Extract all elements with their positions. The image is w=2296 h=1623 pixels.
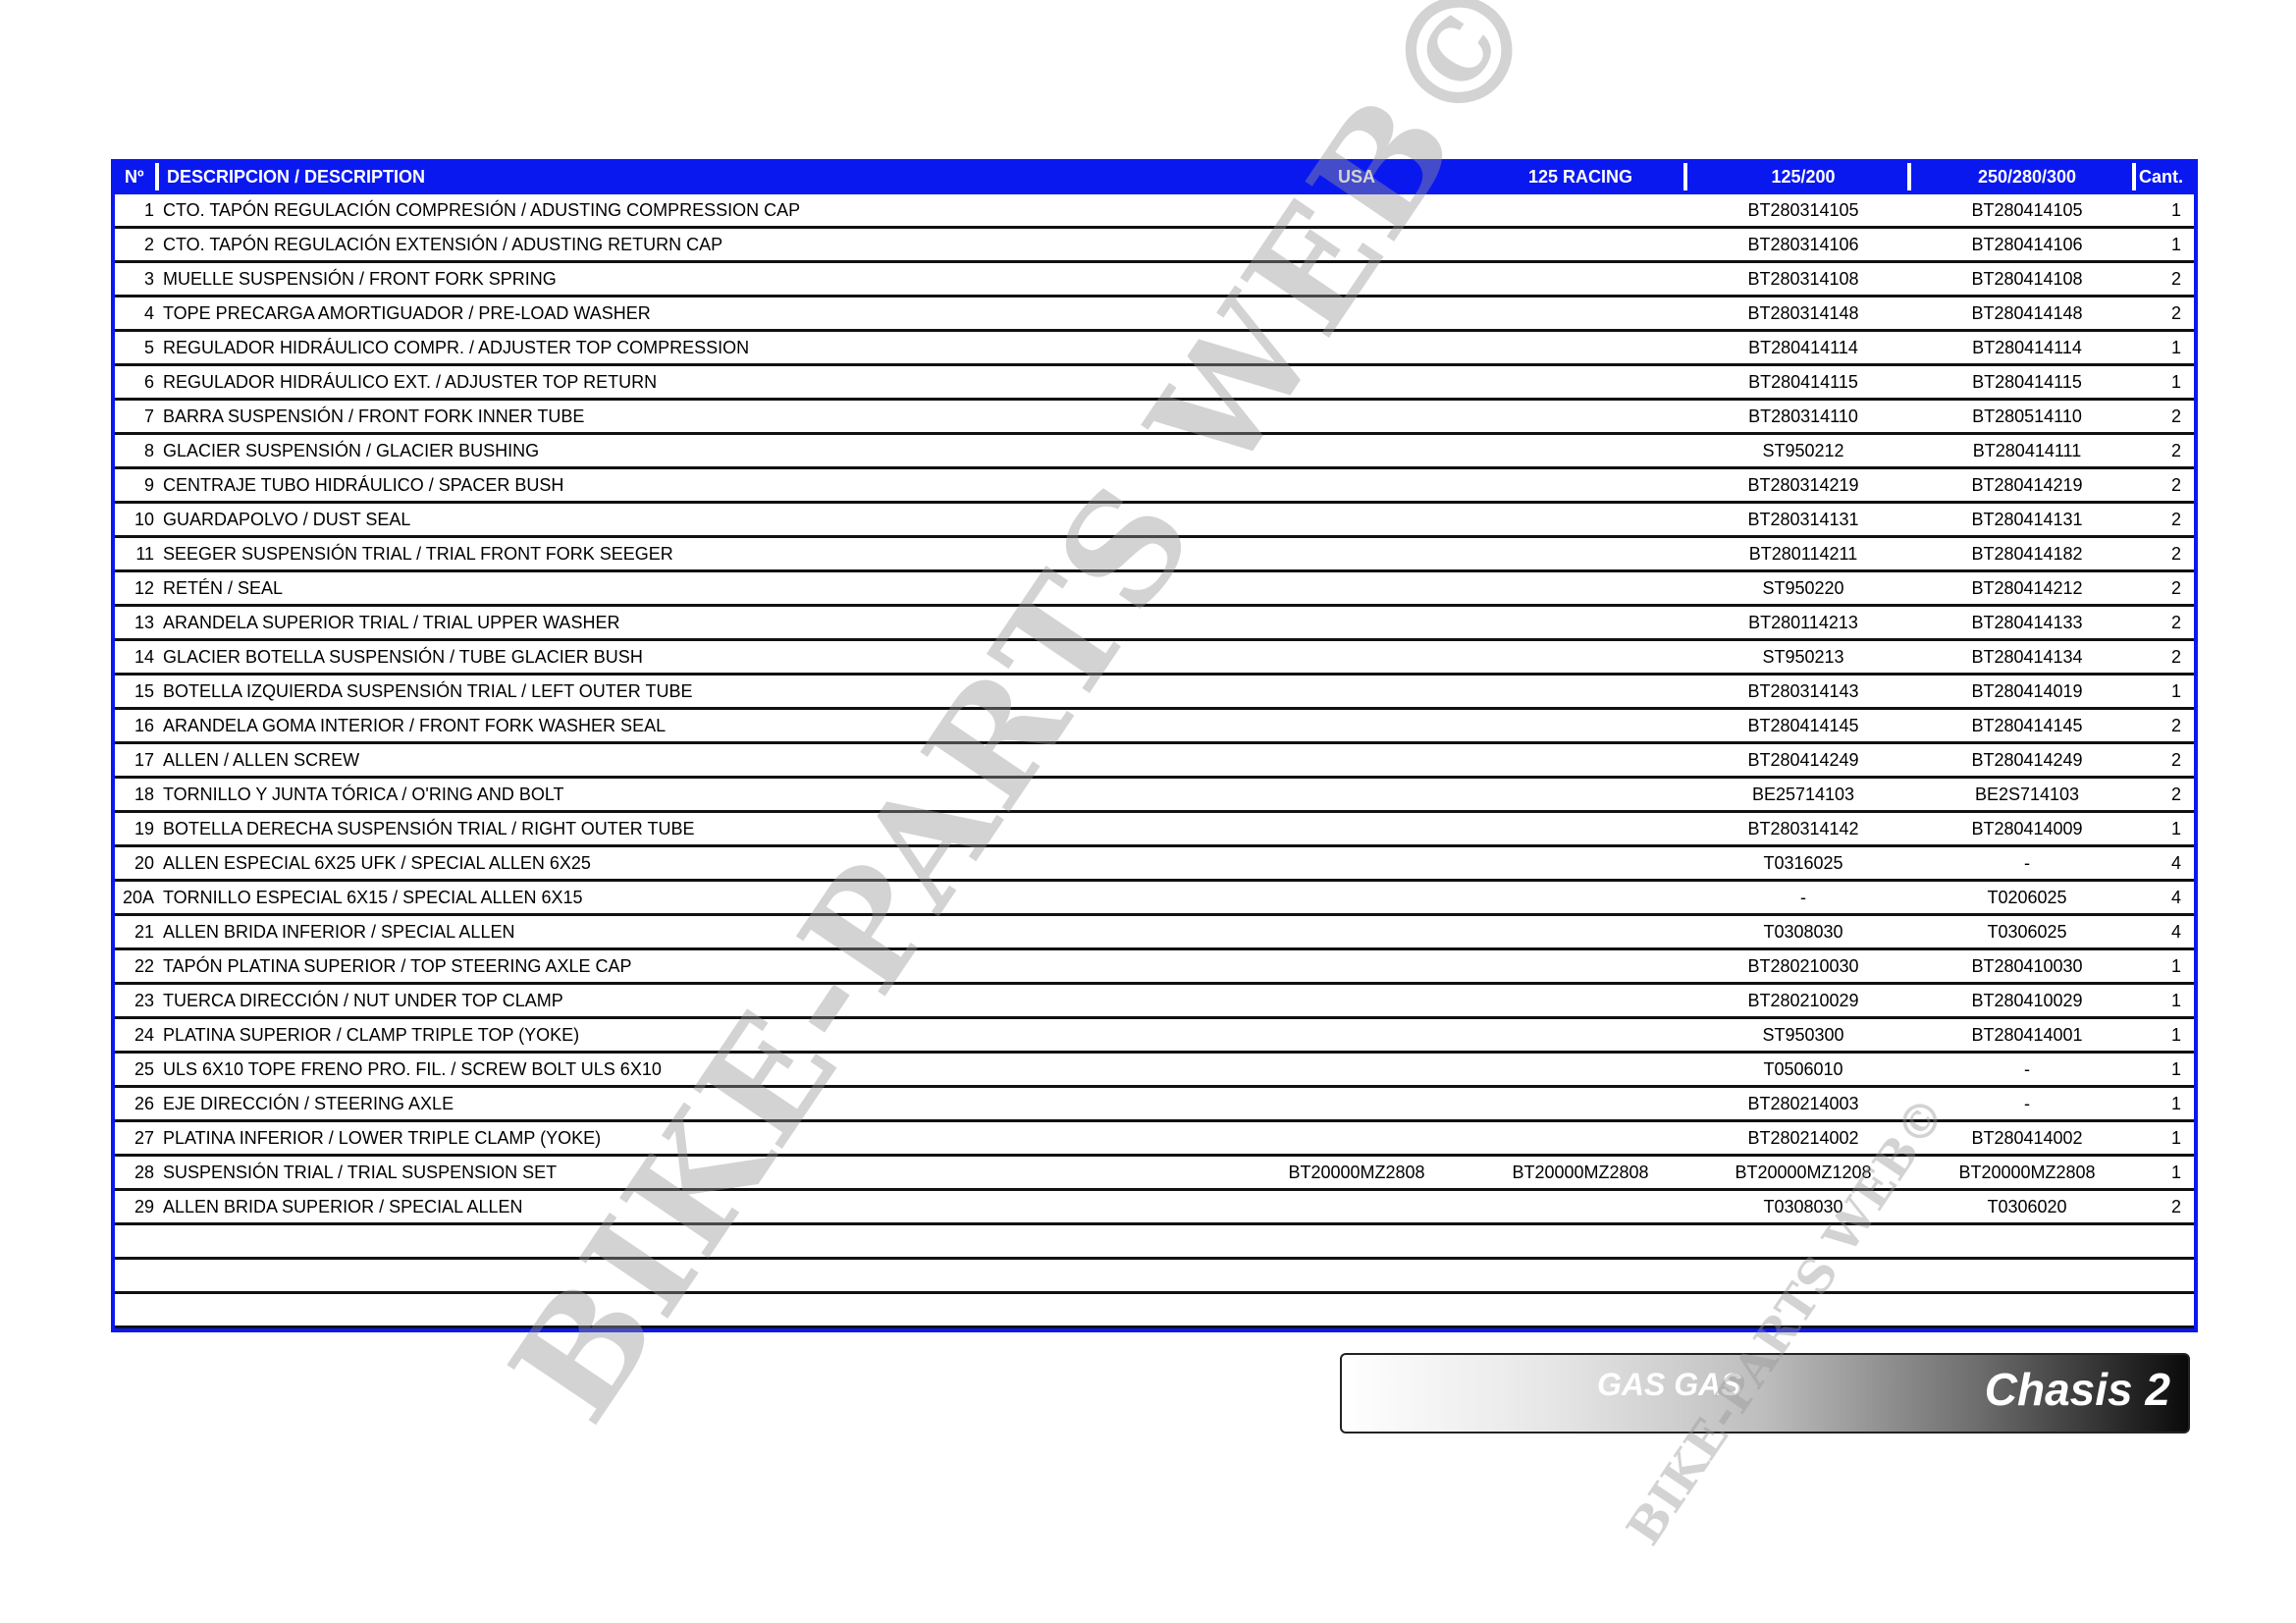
- parts-table: Nº DESCRIPCION / DESCRIPTION USA 125 RAC…: [111, 159, 2198, 1332]
- cell-c125: BT280314110: [1705, 401, 1901, 432]
- cell-c250: BT280514110: [1929, 401, 2125, 432]
- cell-desc: PLATINA SUPERIOR / CLAMP TRIPLE TOP (YOK…: [163, 1019, 579, 1051]
- cell-qty: 2: [2157, 401, 2196, 432]
- cell-c125: BT280314105: [1705, 194, 1901, 226]
- cell-desc: ALLEN BRIDA SUPERIOR / SPECIAL ALLEN: [163, 1191, 522, 1222]
- table-row: 18TORNILLO Y JUNTA TÓRICA / O'RING AND B…: [115, 779, 2194, 813]
- cell-qty: 2: [2157, 607, 2196, 638]
- cell-c250: BT280410030: [1929, 950, 2125, 982]
- header-no: Nº: [125, 159, 144, 194]
- cell-c125: -: [1705, 882, 1901, 913]
- cell-no: 16: [115, 710, 154, 741]
- cell-desc: ALLEN BRIDA INFERIOR / SPECIAL ALLEN: [163, 916, 514, 947]
- cell-qty: 2: [2157, 779, 2196, 810]
- table-row: 26EJE DIRECCIÓN / STEERING AXLEBT2802140…: [115, 1088, 2194, 1122]
- cell-c250: BT280414134: [1929, 641, 2125, 673]
- cell-qty: 2: [2157, 538, 2196, 569]
- cell-no: 19: [115, 813, 154, 844]
- table-row: 25ULS 6X10 TOPE FRENO PRO. FIL. / SCREW …: [115, 1054, 2194, 1088]
- cell-qty: 1: [2157, 1054, 2196, 1085]
- cell-c250: BT280414249: [1929, 744, 2125, 776]
- cell-desc: ARANDELA SUPERIOR TRIAL / TRIAL UPPER WA…: [163, 607, 619, 638]
- cell-no: 21: [115, 916, 154, 947]
- cell-no: 27: [115, 1122, 154, 1154]
- cell-desc: ULS 6X10 TOPE FRENO PRO. FIL. / SCREW BO…: [163, 1054, 662, 1085]
- table-row: 23TUERCA DIRECCIÓN / NUT UNDER TOP CLAMP…: [115, 985, 2194, 1019]
- cell-qty: 1: [2157, 676, 2196, 707]
- table-header: Nº DESCRIPCION / DESCRIPTION USA 125 RAC…: [115, 159, 2194, 194]
- header-divider: [1683, 163, 1687, 190]
- cell-qty: 2: [2157, 263, 2196, 295]
- cell-qty: 1: [2157, 1088, 2196, 1119]
- table-row: 9CENTRAJE TUBO HIDRÁULICO / SPACER BUSHB…: [115, 469, 2194, 504]
- cell-qty: 2: [2157, 572, 2196, 604]
- table-row: [115, 1294, 2194, 1328]
- cell-no: 25: [115, 1054, 154, 1085]
- cell-c125: BT280314148: [1705, 298, 1901, 329]
- cell-c125: BT280210029: [1705, 985, 1901, 1016]
- cell-c250: BT280414106: [1929, 229, 2125, 260]
- cell-no: 17: [115, 744, 154, 776]
- cell-no: 9: [115, 469, 154, 501]
- cell-qty: 1: [2157, 229, 2196, 260]
- cell-desc: REGULADOR HIDRÁULICO COMPR. / ADJUSTER T…: [163, 332, 749, 363]
- cell-desc: REGULADOR HIDRÁULICO EXT. / ADJUSTER TOP…: [163, 366, 657, 398]
- table-row: 15BOTELLA IZQUIERDA SUSPENSIÓN TRIAL / L…: [115, 676, 2194, 710]
- cell-c250: BT280414212: [1929, 572, 2125, 604]
- cell-desc: ALLEN ESPECIAL 6X25 UFK / SPECIAL ALLEN …: [163, 847, 591, 879]
- cell-desc: SEEGER SUSPENSIÓN TRIAL / TRIAL FRONT FO…: [163, 538, 673, 569]
- cell-qty: 1: [2157, 194, 2196, 226]
- cell-qty: 2: [2157, 641, 2196, 673]
- table-row: 29ALLEN BRIDA SUPERIOR / SPECIAL ALLENT0…: [115, 1191, 2194, 1225]
- cell-c125: ST950212: [1705, 435, 1901, 466]
- table-row: 4TOPE PRECARGA AMORTIGUADOR / PRE-LOAD W…: [115, 298, 2194, 332]
- header-250-280-300: 250/280/300: [1929, 159, 2125, 194]
- cell-desc: SUSPENSIÓN TRIAL / TRIAL SUSPENSION SET: [163, 1157, 557, 1188]
- cell-c125: BT280214002: [1705, 1122, 1901, 1154]
- header-125-200: 125/200: [1705, 159, 1901, 194]
- cell-no: 20A: [115, 882, 154, 913]
- cell-c125: BT280214003: [1705, 1088, 1901, 1119]
- cell-desc: EJE DIRECCIÓN / STEERING AXLE: [163, 1088, 454, 1119]
- cell-desc: BOTELLA IZQUIERDA SUSPENSIÓN TRIAL / LEF…: [163, 676, 692, 707]
- cell-c250: BT280414133: [1929, 607, 2125, 638]
- cell-c250: BT280414001: [1929, 1019, 2125, 1051]
- cell-desc: RETÉN / SEAL: [163, 572, 283, 604]
- table-row: 1CTO. TAPÓN REGULACIÓN COMPRESIÓN / ADUS…: [115, 194, 2194, 229]
- cell-c125: BT280314131: [1705, 504, 1901, 535]
- cell-desc: ARANDELA GOMA INTERIOR / FRONT FORK WASH…: [163, 710, 666, 741]
- table-row: 3MUELLE SUSPENSIÓN / FRONT FORK SPRINGBT…: [115, 263, 2194, 298]
- cell-desc: GUARDAPOLVO / DUST SEAL: [163, 504, 410, 535]
- cell-desc: CTO. TAPÓN REGULACIÓN COMPRESIÓN / ADUST…: [163, 194, 800, 226]
- cell-c250: BT280414115: [1929, 366, 2125, 398]
- cell-c125: BT280314143: [1705, 676, 1901, 707]
- cell-c125: BT280314106: [1705, 229, 1901, 260]
- table-row: 6REGULADOR HIDRÁULICO EXT. / ADJUSTER TO…: [115, 366, 2194, 401]
- cell-c250: T0306025: [1929, 916, 2125, 947]
- table-row: 21ALLEN BRIDA INFERIOR / SPECIAL ALLENT0…: [115, 916, 2194, 950]
- cell-c125: T0308030: [1705, 916, 1901, 947]
- brand-label: GAS GAS: [1597, 1367, 1742, 1403]
- cell-c125: BT280414145: [1705, 710, 1901, 741]
- cell-no: 18: [115, 779, 154, 810]
- cell-no: 12: [115, 572, 154, 604]
- cell-c125: BT280314219: [1705, 469, 1901, 501]
- header-125-racing: 125 RACING: [1482, 159, 1679, 194]
- table-row: [115, 1225, 2194, 1260]
- cell-no: 22: [115, 950, 154, 982]
- section-title: Chasis 2: [1985, 1363, 2170, 1416]
- table-body: 1CTO. TAPÓN REGULACIÓN COMPRESIÓN / ADUS…: [115, 194, 2194, 1328]
- cell-c250: BT280414131: [1929, 504, 2125, 535]
- table-row: 20ATORNILLO ESPECIAL 6X15 / SPECIAL ALLE…: [115, 882, 2194, 916]
- table-row: 22TAPÓN PLATINA SUPERIOR / TOP STEERING …: [115, 950, 2194, 985]
- cell-qty: 1: [2157, 366, 2196, 398]
- cell-c250: BT280414019: [1929, 676, 2125, 707]
- table-row: 17ALLEN / ALLEN SCREWBT280414249BT280414…: [115, 744, 2194, 779]
- table-row: 27PLATINA INFERIOR / LOWER TRIPLE CLAMP …: [115, 1122, 2194, 1157]
- cell-desc: TORNILLO ESPECIAL 6X15 / SPECIAL ALLEN 6…: [163, 882, 583, 913]
- cell-c250: -: [1929, 1054, 2125, 1085]
- cell-desc: MUELLE SUSPENSIÓN / FRONT FORK SPRING: [163, 263, 557, 295]
- cell-desc: TOPE PRECARGA AMORTIGUADOR / PRE-LOAD WA…: [163, 298, 651, 329]
- cell-usa: BT20000MZ2808: [1258, 1157, 1455, 1188]
- cell-qty: 1: [2157, 985, 2196, 1016]
- header-divider: [1907, 163, 1911, 190]
- table-row: [115, 1260, 2194, 1294]
- cell-c250: BT280414105: [1929, 194, 2125, 226]
- cell-no: 10: [115, 504, 154, 535]
- cell-desc: BOTELLA DERECHA SUSPENSIÓN TRIAL / RIGHT…: [163, 813, 694, 844]
- cell-no: 7: [115, 401, 154, 432]
- cell-c125: BE25714103: [1705, 779, 1901, 810]
- cell-qty: 4: [2157, 916, 2196, 947]
- cell-c125: BT280314142: [1705, 813, 1901, 844]
- cell-c250: BT280414111: [1929, 435, 2125, 466]
- cell-qty: 1: [2157, 1157, 2196, 1188]
- cell-desc: ALLEN / ALLEN SCREW: [163, 744, 359, 776]
- table-row: 10GUARDAPOLVO / DUST SEALBT280314131BT28…: [115, 504, 2194, 538]
- cell-c125: BT280114213: [1705, 607, 1901, 638]
- cell-c250: BT280414182: [1929, 538, 2125, 569]
- table-row: 14GLACIER BOTELLA SUSPENSIÓN / TUBE GLAC…: [115, 641, 2194, 676]
- cell-qty: 2: [2157, 469, 2196, 501]
- cell-no: 6: [115, 366, 154, 398]
- section-banner: GAS GAS Chasis 2: [1340, 1353, 2190, 1434]
- header-divider: [2132, 163, 2136, 190]
- cell-c125: BT280114211: [1705, 538, 1901, 569]
- cell-qty: 1: [2157, 1019, 2196, 1051]
- cell-qty: 1: [2157, 332, 2196, 363]
- cell-no: 26: [115, 1088, 154, 1119]
- cell-qty: 1: [2157, 813, 2196, 844]
- table-row: 20ALLEN ESPECIAL 6X25 UFK / SPECIAL ALLE…: [115, 847, 2194, 882]
- cell-c125: T0316025: [1705, 847, 1901, 879]
- cell-desc: CENTRAJE TUBO HIDRÁULICO / SPACER BUSH: [163, 469, 563, 501]
- cell-c250: -: [1929, 847, 2125, 879]
- cell-no: 8: [115, 435, 154, 466]
- cell-qty: 1: [2157, 1122, 2196, 1154]
- cell-no: 5: [115, 332, 154, 363]
- cell-c250: -: [1929, 1088, 2125, 1119]
- table-row: 19BOTELLA DERECHA SUSPENSIÓN TRIAL / RIG…: [115, 813, 2194, 847]
- cell-c250: T0206025: [1929, 882, 2125, 913]
- cell-desc: BARRA SUSPENSIÓN / FRONT FORK INNER TUBE: [163, 401, 584, 432]
- cell-desc: GLACIER SUSPENSIÓN / GLACIER BUSHING: [163, 435, 539, 466]
- cell-qty: 2: [2157, 298, 2196, 329]
- table-row: 8GLACIER SUSPENSIÓN / GLACIER BUSHINGST9…: [115, 435, 2194, 469]
- cell-c125: BT280314108: [1705, 263, 1901, 295]
- cell-c125: ST950213: [1705, 641, 1901, 673]
- cell-no: 15: [115, 676, 154, 707]
- cell-no: 3: [115, 263, 154, 295]
- cell-qty: 1: [2157, 950, 2196, 982]
- cell-racing: BT20000MZ2808: [1482, 1157, 1679, 1188]
- cell-qty: 2: [2157, 710, 2196, 741]
- table-row: 24PLATINA SUPERIOR / CLAMP TRIPLE TOP (Y…: [115, 1019, 2194, 1054]
- cell-desc: GLACIER BOTELLA SUSPENSIÓN / TUBE GLACIE…: [163, 641, 643, 673]
- cell-desc: PLATINA INFERIOR / LOWER TRIPLE CLAMP (Y…: [163, 1122, 601, 1154]
- cell-c125: ST950220: [1705, 572, 1901, 604]
- cell-c125: BT280414249: [1705, 744, 1901, 776]
- cell-qty: 2: [2157, 504, 2196, 535]
- table-row: 13ARANDELA SUPERIOR TRIAL / TRIAL UPPER …: [115, 607, 2194, 641]
- table-row: 5REGULADOR HIDRÁULICO COMPR. / ADJUSTER …: [115, 332, 2194, 366]
- cell-no: 14: [115, 641, 154, 673]
- cell-desc: TUERCA DIRECCIÓN / NUT UNDER TOP CLAMP: [163, 985, 563, 1016]
- table-row: 12RETÉN / SEALST950220BT2804142122: [115, 572, 2194, 607]
- cell-c250: BT280414219: [1929, 469, 2125, 501]
- cell-c125: BT20000MZ1208: [1705, 1157, 1901, 1188]
- cell-qty: 4: [2157, 882, 2196, 913]
- cell-no: 11: [115, 538, 154, 569]
- table-row: 11SEEGER SUSPENSIÓN TRIAL / TRIAL FRONT …: [115, 538, 2194, 572]
- cell-c250: BT20000MZ2808: [1929, 1157, 2125, 1188]
- cell-c125: ST950300: [1705, 1019, 1901, 1051]
- table-row: 7BARRA SUSPENSIÓN / FRONT FORK INNER TUB…: [115, 401, 2194, 435]
- cell-c250: BT280414108: [1929, 263, 2125, 295]
- table-row: 16ARANDELA GOMA INTERIOR / FRONT FORK WA…: [115, 710, 2194, 744]
- cell-c250: BT280414114: [1929, 332, 2125, 363]
- header-divider: [155, 163, 159, 190]
- header-description: DESCRIPCION / DESCRIPTION: [167, 159, 425, 194]
- cell-no: 13: [115, 607, 154, 638]
- cell-c125: T0506010: [1705, 1054, 1901, 1085]
- cell-no: 23: [115, 985, 154, 1016]
- cell-qty: 2: [2157, 1191, 2196, 1222]
- cell-c250: BT280414145: [1929, 710, 2125, 741]
- cell-c250: T0306020: [1929, 1191, 2125, 1222]
- cell-c250: BT280414002: [1929, 1122, 2125, 1154]
- header-usa: USA: [1258, 159, 1455, 194]
- cell-qty: 2: [2157, 435, 2196, 466]
- cell-c125: T0308030: [1705, 1191, 1901, 1222]
- cell-c250: BT280410029: [1929, 985, 2125, 1016]
- cell-no: 4: [115, 298, 154, 329]
- table-row: 2CTO. TAPÓN REGULACIÓN EXTENSIÓN / ADUST…: [115, 229, 2194, 263]
- cell-no: 20: [115, 847, 154, 879]
- table-row: 28SUSPENSIÓN TRIAL / TRIAL SUSPENSION SE…: [115, 1157, 2194, 1191]
- cell-c250: BE2S714103: [1929, 779, 2125, 810]
- cell-c125: BT280414114: [1705, 332, 1901, 363]
- cell-desc: TAPÓN PLATINA SUPERIOR / TOP STEERING AX…: [163, 950, 631, 982]
- cell-desc: TORNILLO Y JUNTA TÓRICA / O'RING AND BOL…: [163, 779, 564, 810]
- cell-c250: BT280414148: [1929, 298, 2125, 329]
- cell-qty: 2: [2157, 744, 2196, 776]
- cell-c125: BT280210030: [1705, 950, 1901, 982]
- cell-qty: 4: [2157, 847, 2196, 879]
- cell-desc: CTO. TAPÓN REGULACIÓN EXTENSIÓN / ADUSTI…: [163, 229, 722, 260]
- cell-no: 1: [115, 194, 154, 226]
- cell-c250: BT280414009: [1929, 813, 2125, 844]
- cell-c125: BT280414115: [1705, 366, 1901, 398]
- cell-no: 2: [115, 229, 154, 260]
- cell-no: 29: [115, 1191, 154, 1222]
- header-qty: Cant.: [2139, 159, 2183, 194]
- cell-no: 24: [115, 1019, 154, 1051]
- cell-no: 28: [115, 1157, 154, 1188]
